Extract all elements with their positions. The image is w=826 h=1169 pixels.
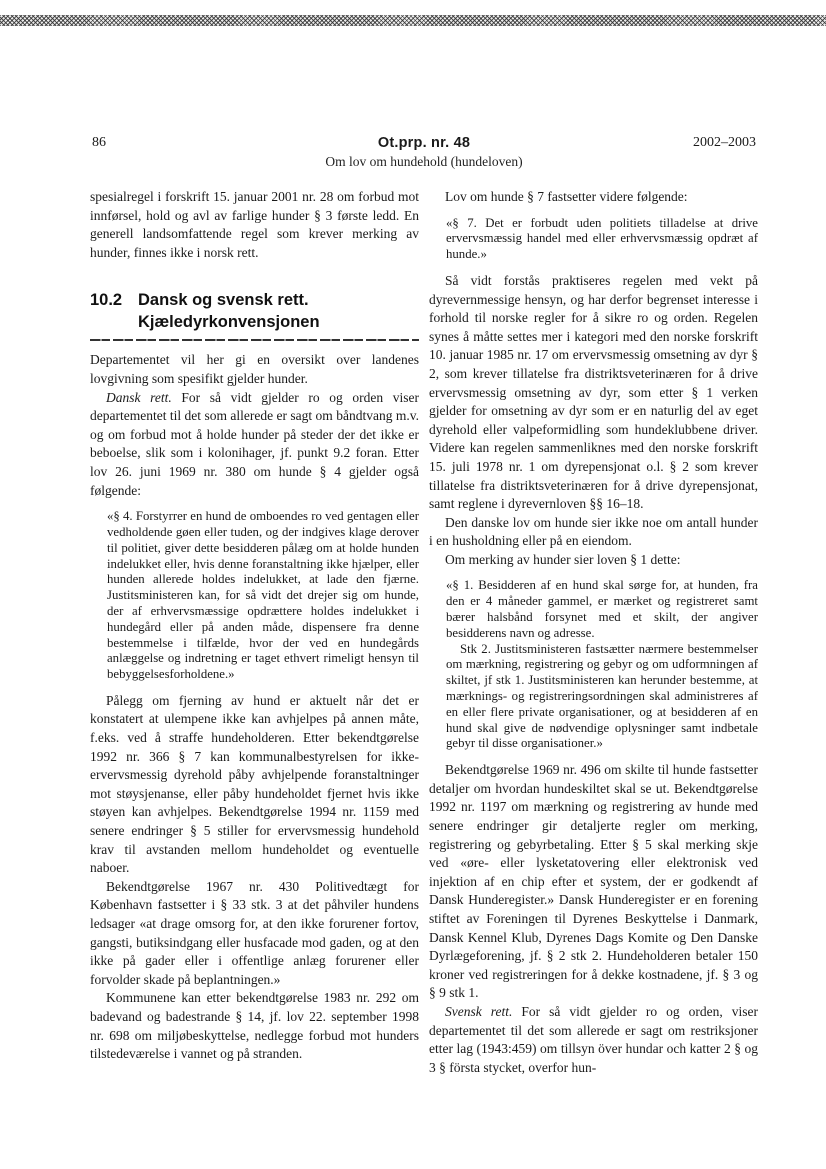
scan-artifact-band <box>0 15 826 26</box>
law-quote-section-4-text: «§ 4. Forstyrrer en hund de omboendes ro… <box>107 509 419 683</box>
law-quote-section-4: «§ 4. Forstyrrer en hund de omboendes ro… <box>107 509 419 683</box>
dansk-rett-paragraph: Dansk rett. For så vidt gjelder ro og or… <box>90 389 419 501</box>
law-quote-section-1-stk1: «§ 1. Besidderen af en hund skal sørge f… <box>446 578 758 641</box>
svensk-rett-paragraph: Svensk rett. For så vidt gjelder ro og o… <box>429 1003 758 1077</box>
page-header: Ot.prp. nr. 48 86 2002–2003 Om lov om hu… <box>92 134 756 172</box>
section-title: Dansk og svensk rett. Kjæledyrkonvensjon… <box>138 290 320 333</box>
antall-hunder-paragraph: Den danske lov om hunde sier ikke noe om… <box>429 514 758 551</box>
law-quote-section-1: «§ 1. Besidderen af en hund skal sørge f… <box>446 578 758 752</box>
praksis-paragraph: Så vidt forstås praktiseres regelen med … <box>429 272 758 514</box>
overview-paragraph: Departementet vil her gi en oversikt ove… <box>90 351 419 388</box>
badevand-paragraph: Kommunene kan etter bekendtgørelse 1983 … <box>90 989 419 1063</box>
section-number: 10.2 <box>90 290 138 333</box>
svensk-rett-lead: Svensk rett. <box>445 1004 512 1019</box>
politivedtaegt-paragraph: Bekendtgørelse 1967 nr. 430 Politivedtæg… <box>90 878 419 990</box>
paalegg-paragraph: Pålegg om fjerning av hund er aktuelt nå… <box>90 692 419 878</box>
dansk-rett-text: For så vidt gjelder ro og orden viser de… <box>90 390 419 498</box>
dansk-rett-lead: Dansk rett. <box>106 390 172 405</box>
heading-rule <box>90 339 419 341</box>
left-column: spesialregel i forskrift 15. januar 2001… <box>90 188 419 1077</box>
law-quote-section-1-stk2: Stk 2. Justitsministeren fastsætter nærm… <box>446 642 758 753</box>
section-title-line1: Dansk og svensk rett. <box>138 290 320 312</box>
continuation-paragraph: spesialregel i forskrift 15. januar 2001… <box>90 188 419 262</box>
document-title: Ot.prp. nr. 48 <box>92 134 756 152</box>
lov-om-hunde-paragraph: Lov om hunde § 7 fastsetter videre følge… <box>429 188 758 207</box>
section-title-line2: Kjæledyrkonvensjonen <box>138 312 320 334</box>
right-column: Lov om hunde § 7 fastsetter videre følge… <box>429 188 758 1077</box>
merking-intro-paragraph: Om merking av hunder sier loven § 1 dett… <box>429 551 758 570</box>
hunderegister-paragraph: Bekendtgørelse 1969 nr. 496 om skilte ti… <box>429 761 758 1003</box>
law-quote-section-7-text: «§ 7. Det er forbudt uden politiets till… <box>446 216 758 263</box>
page-number: 86 <box>92 134 106 152</box>
section-heading: 10.2 Dansk og svensk rett. Kjæledyrkonve… <box>90 290 419 333</box>
law-quote-section-7: «§ 7. Det er forbudt uden politiets till… <box>446 216 758 263</box>
document-year: 2002–2003 <box>693 134 756 152</box>
content-columns: spesialregel i forskrift 15. januar 2001… <box>90 188 758 1077</box>
document-subtitle: Om lov om hundehold (hundeloven) <box>92 152 756 172</box>
